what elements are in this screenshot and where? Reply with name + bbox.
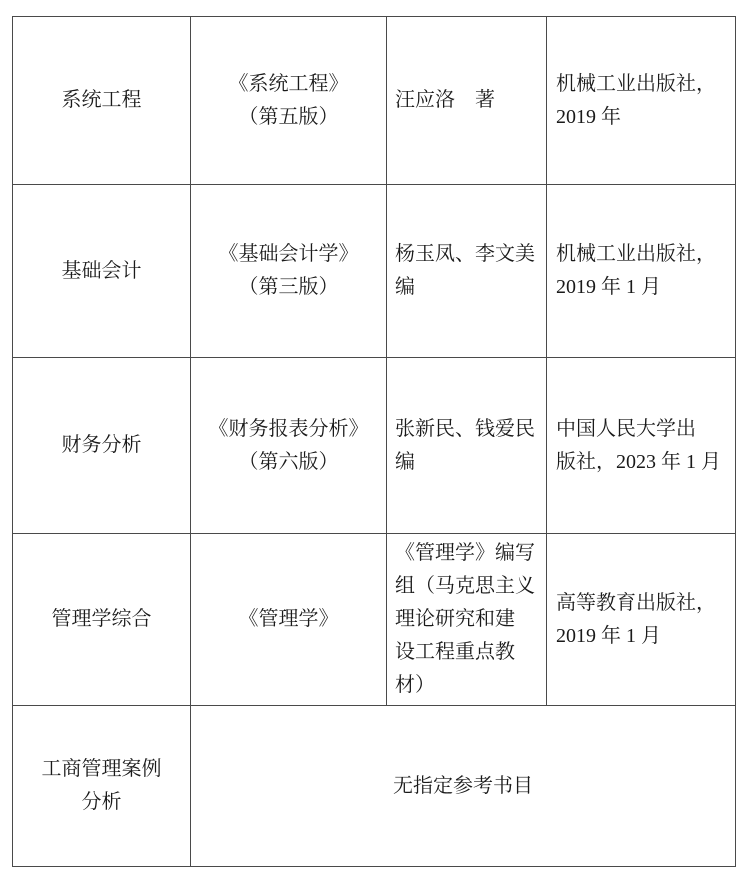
subject-cell: 工商管理案例 分析 [13,706,191,867]
table-row: 财务分析 《财务报表分析》 （第六版） 张新民、钱爱民 编 中国人民大学出 版社… [13,358,736,534]
publisher-cell: 中国人民大学出 版社，2023 年 1 月 [547,358,736,534]
book-title-cell: 《基础会计学》 （第三版） [191,185,387,358]
subject-cell: 财务分析 [13,358,191,534]
table-row: 系统工程 《系统工程》 （第五版） 汪应洛 著 机械工业出版社， 2019 年 [13,17,736,185]
publisher-cell: 机械工业出版社， 2019 年 1 月 [547,185,736,358]
author-cell: 《管理学》编写 组（马克思主义 理论研究和建 设工程重点教 材） [387,534,547,706]
book-title-cell: 《系统工程》 （第五版） [191,17,387,185]
author-cell: 杨玉凤、李文美 编 [387,185,547,358]
table-row: 工商管理案例 分析 无指定参考书目 [13,706,736,867]
subject-cell: 管理学综合 [13,534,191,706]
subject-cell: 基础会计 [13,185,191,358]
publisher-cell: 机械工业出版社， 2019 年 [547,17,736,185]
author-cell: 张新民、钱爱民 编 [387,358,547,534]
reference-books-table: 系统工程 《系统工程》 （第五版） 汪应洛 著 机械工业出版社， 2019 年 … [12,16,736,867]
table-row: 基础会计 《基础会计学》 （第三版） 杨玉凤、李文美 编 机械工业出版社， 20… [13,185,736,358]
author-cell: 汪应洛 著 [387,17,547,185]
table-row: 管理学综合 《管理学》 《管理学》编写 组（马克思主义 理论研究和建 设工程重点… [13,534,736,706]
book-title-cell: 《财务报表分析》 （第六版） [191,358,387,534]
publisher-cell: 高等教育出版社， 2019 年 1 月 [547,534,736,706]
subject-cell: 系统工程 [13,17,191,185]
no-reference-note-cell: 无指定参考书目 [191,706,736,867]
book-title-cell: 《管理学》 [191,534,387,706]
